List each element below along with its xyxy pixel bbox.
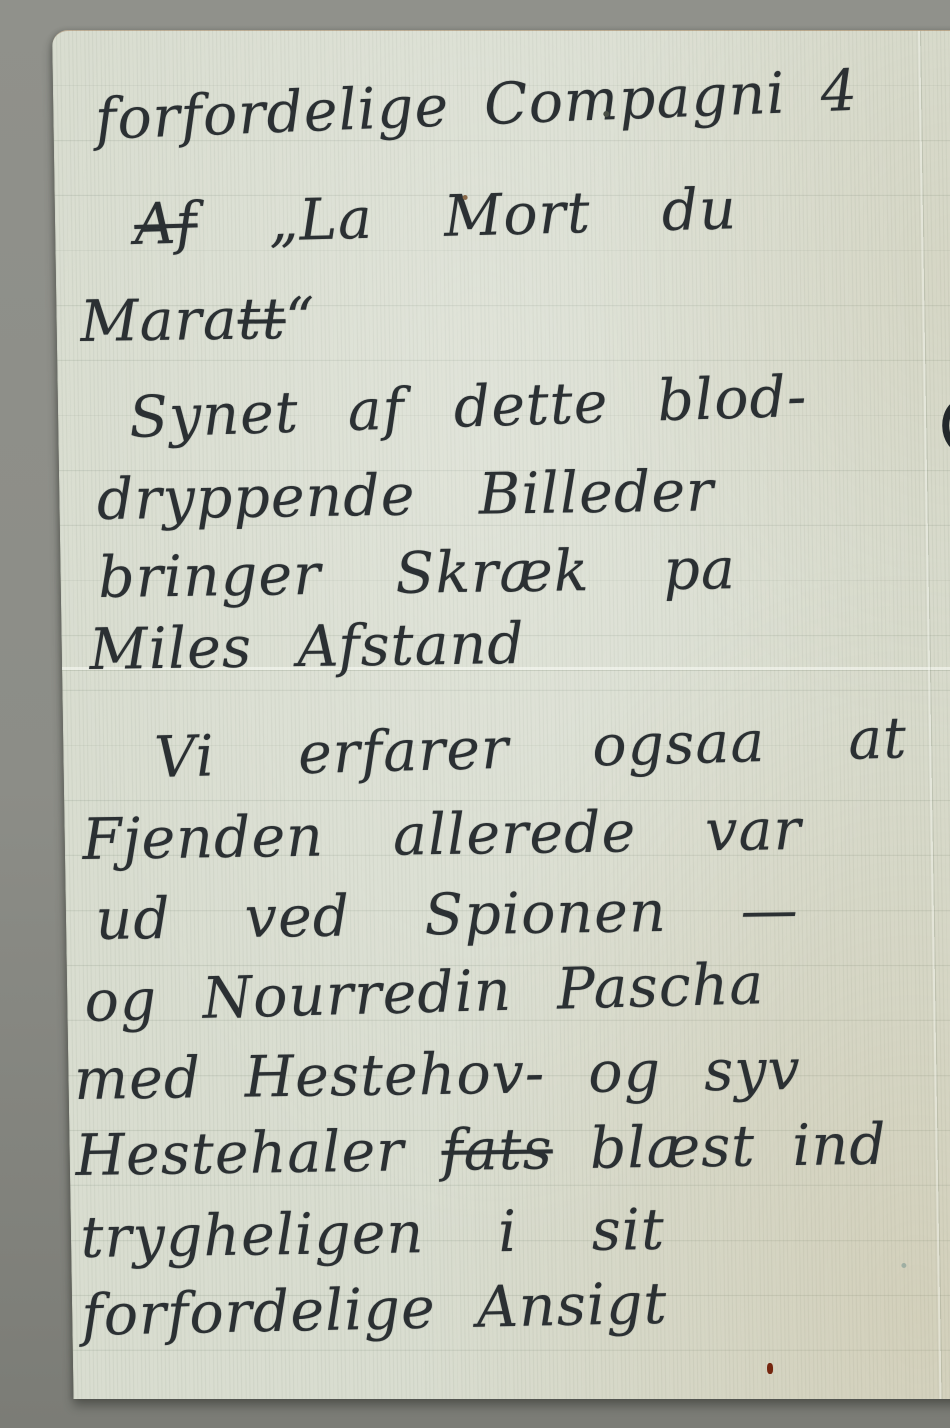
line-text: Mara	[79, 287, 238, 355]
line-text: Hestehaler	[74, 1118, 442, 1189]
handwriting-line: Fjenden allerede var	[81, 801, 802, 871]
handwriting-line: Synet af dette blod-	[128, 368, 809, 449]
paper-sheet: forfordelige Compagni 4 Af „La Mort du M…	[52, 30, 950, 1399]
line-text: Fjenden allerede var	[81, 797, 802, 873]
line-text: forfordelige Ansigt	[80, 1271, 668, 1349]
handwriting-line: dryppende Billeder	[96, 462, 715, 530]
line-text: Vi erfarer ogsaa at	[153, 705, 908, 791]
line-text: „La Mort du	[196, 176, 738, 256]
handwriting-line: Miles Afstand	[88, 615, 525, 681]
handwriting-line: forfordelige Ansigt	[80, 1275, 668, 1347]
handwriting-line: forfordelige Compagni 4	[94, 62, 860, 151]
paper-speck	[463, 195, 468, 200]
manuscript-photo: { "document": { "kind": "handwritten let…	[0, 0, 950, 1428]
handwriting-line: bringer Skræk pa	[97, 540, 736, 609]
handwriting-line: og Nourredin Pascha	[83, 955, 765, 1033]
line-text: ud ved Spionen —	[95, 877, 800, 953]
struck-word: fats	[441, 1116, 554, 1184]
line-text: med Hestehov- og syv	[73, 1037, 802, 1113]
handwriting-line: med Hestehov- og syv	[73, 1041, 801, 1111]
line-text: blæst ind	[552, 1112, 888, 1183]
ink-mark-page-edge	[942, 399, 950, 453]
struck-word: tt	[237, 286, 287, 353]
line-text: “	[285, 286, 317, 352]
line-text: forfordelige Compagni 4	[93, 58, 859, 153]
handwriting-line: trygheligen i sit	[80, 1201, 666, 1269]
fold-crease-vertical	[918, 31, 942, 1399]
paper-speck	[901, 1263, 906, 1268]
handwriting-line: Af „La Mort du	[133, 180, 738, 256]
line-text: trygheligen i sit	[80, 1197, 666, 1271]
handwriting-line: Maratt“	[79, 290, 316, 353]
line-text: Miles Afstand	[88, 611, 525, 683]
handwriting-line: Vi erfarer ogsaa at	[153, 709, 908, 789]
handwriting-line: ud ved Spionen —	[95, 881, 800, 951]
line-text: og Nourredin Pascha	[83, 951, 766, 1035]
rust-speck	[767, 1363, 773, 1374]
line-text: dryppende Billeder	[96, 458, 715, 533]
line-text: Synet af dette blod-	[128, 364, 809, 451]
struck-word: Af	[133, 190, 199, 258]
ink-speck	[603, 111, 609, 117]
line-text: bringer Skræk pa	[97, 536, 737, 611]
handwriting-line: Hestehaler fats blæst ind	[74, 1116, 887, 1187]
